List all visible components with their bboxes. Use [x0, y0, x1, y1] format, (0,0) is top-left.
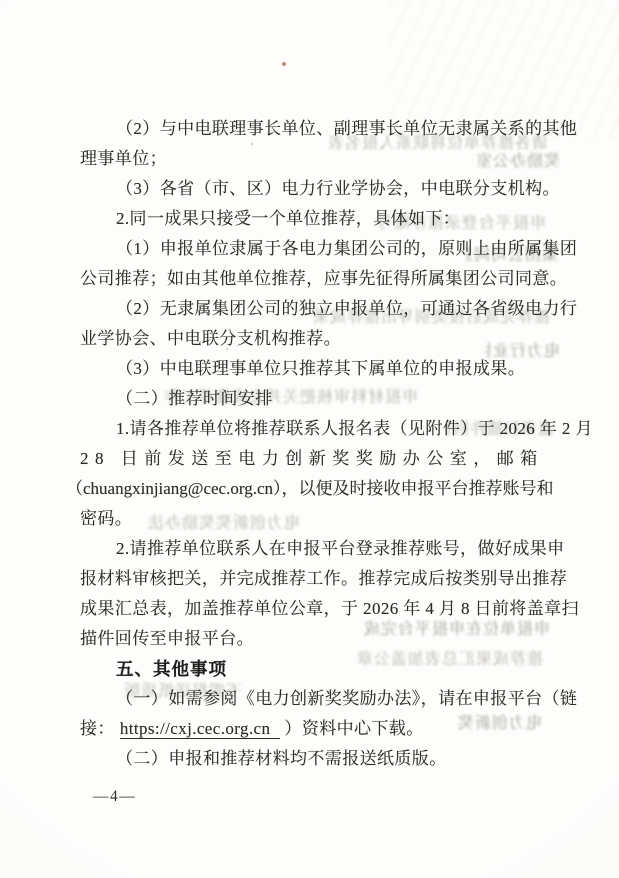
link-prefix: 接： [80, 719, 115, 738]
body-line: 理事单位； [80, 146, 546, 172]
body-line-link: 接：https://cxj.cec.org.cn）资料中心下载。 [80, 716, 546, 742]
body-line-email: （chuangxinjiang@cec.org.cn），以便及时接收申报平台推荐… [66, 476, 546, 502]
section-subheading: （二）推荐时间安排 [80, 386, 582, 412]
body-line: （3）各省（市、区）电力行业学协会，中电联分支机构。 [80, 176, 582, 202]
paper-speck [282, 62, 286, 66]
body-line: （一）如需参阅《电力创新奖奖励办法》，请在申报平台（链 [80, 686, 582, 712]
body-line: 公司推荐；如由其他单位推荐，应事先征得所属集团公司同意。 [80, 266, 546, 292]
body-line: 描件回传至申报平台。 [80, 626, 546, 652]
document-link: https://cxj.cec.org.cn [120, 719, 281, 739]
body-line: 密码。 [80, 506, 546, 532]
body-line: （2）与中电联理事长单位、副理事长单位无隶属关系的其他 [80, 116, 582, 142]
body-line: 2.同一成果只接受一个单位推荐，具体如下： [80, 206, 582, 232]
body-line: 成果汇总表，加盖推荐单位公章，于 2026 年 4 月 8 日前将盖章扫 [80, 596, 546, 622]
scanned-document-page: 请各推荐单位将联系人报名表发送 奖励办公室 申报平台登录推荐账号 集团公司同意 … [0, 0, 619, 878]
body-line: （二）申报和推荐材料均不需报送纸质版。 [80, 746, 582, 772]
link-suffix: ）资料中心下载。 [284, 719, 423, 738]
body-line: 2.请推荐单位联系人在申报平台登录推荐账号，做好成果申 [80, 536, 582, 562]
body-line: （2）无隶属集团公司的独立申报单位，可通过各省级电力行 [80, 296, 582, 322]
body-line: （3）中电联理事单位只推荐其下属单位的申报成果。 [80, 356, 582, 382]
body-line: 1.请各推荐单位将推荐联系人报名表（见附件）于 2026 年 2 月 [80, 416, 582, 442]
page-number: —4— [93, 788, 136, 806]
section-heading: 五、其他事项 [80, 656, 582, 682]
body-line: （1）申报单位隶属于各电力集团公司的，原则上由所属集团 [80, 236, 582, 262]
body-line: 28 日前发送至电力创新奖奖励办公室，邮箱 [80, 446, 546, 472]
body-line: 报材料审核把关，并完成推荐工作。推荐完成后按类别导出推荐 [80, 566, 546, 592]
paper-speck [251, 143, 253, 145]
body-line: 业学协会、中电联分支机构推荐。 [80, 326, 546, 352]
